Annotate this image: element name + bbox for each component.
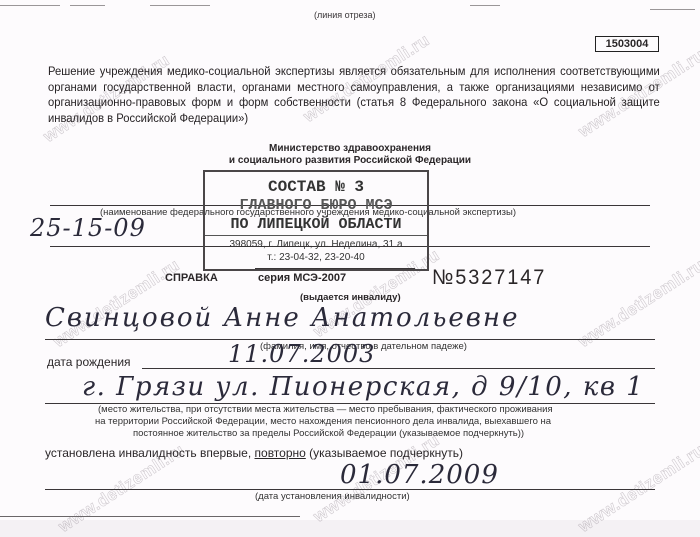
birth-date-label: дата рождения (47, 355, 131, 369)
disability-repeat-option: повторно (255, 446, 306, 460)
full-name-handwritten: Свинцовой Анне Анатольевне (45, 303, 519, 333)
ministry-line-1: Министерство здравоохранения (0, 143, 700, 154)
page-bottom-edge (0, 516, 300, 517)
issued-caption: (выдается инвалиду) (300, 292, 401, 303)
preamble-text: Решение учреждения медико-социальной экс… (48, 64, 660, 126)
stamp: СОСТАВ № 3 ГЛАВНОГО БЮРО МСЭ ПО ЛИПЕЦКОЙ… (203, 170, 429, 271)
certificate-number: №5327147 (432, 266, 546, 290)
stamp-line-3: ПО ЛИПЕЦКОЙ ОБЛАСТИ (205, 216, 427, 233)
birth-date-rule (142, 368, 655, 369)
stamp-phones: т.: 23-04-32, 23-20-40 (205, 252, 427, 263)
disability-date-handwritten: 01.07.2009 (340, 460, 499, 490)
series-label: серия МСЭ-2007 (258, 272, 346, 284)
address-caption-line-1: (место жительства, при отсутствии места … (98, 404, 553, 415)
cut-line (150, 5, 210, 6)
handwritten-date-left: 25-15-09 (30, 214, 146, 242)
series-rule (255, 268, 415, 269)
address-caption-line-3: постоянное жительство за пределы Российс… (133, 428, 524, 439)
disability-date-rule (45, 489, 655, 490)
form-code: 1503004 (595, 36, 659, 52)
spravka-label: СПРАВКА (165, 272, 218, 284)
stamp-address: 398059, г. Липецк, ул. Неделина, 31 а (205, 239, 427, 250)
stamp-line-2: ГЛАВНОГО БЮРО МСЭ (205, 197, 427, 214)
cut-line (650, 9, 695, 10)
cut-line (70, 5, 105, 6)
address-handwritten: г. Грязи ул. Пионерская, д 9/10, кв 1 (82, 372, 644, 402)
disability-first-option: установлена инвалидность впервые, (45, 446, 255, 460)
ministry-line-2: и социального развития Российской Федера… (0, 155, 700, 166)
disability-established-text: установлена инвалидность впервые, повтор… (45, 446, 463, 460)
stamp-line-1: СОСТАВ № 3 (205, 178, 427, 196)
cut-line-label: (линия отреза) (314, 10, 376, 20)
stamp-divider (205, 235, 427, 236)
disability-established-suffix: (указываемое подчеркнуть) (306, 446, 463, 460)
birth-date-handwritten: 11.07.2003 (228, 340, 375, 368)
address-caption-line-2: на территории Российской Федерации, мест… (95, 416, 551, 427)
cut-line (0, 5, 60, 6)
disability-date-caption: (дата установления инвалидности) (255, 491, 410, 502)
cut-line (470, 5, 500, 6)
